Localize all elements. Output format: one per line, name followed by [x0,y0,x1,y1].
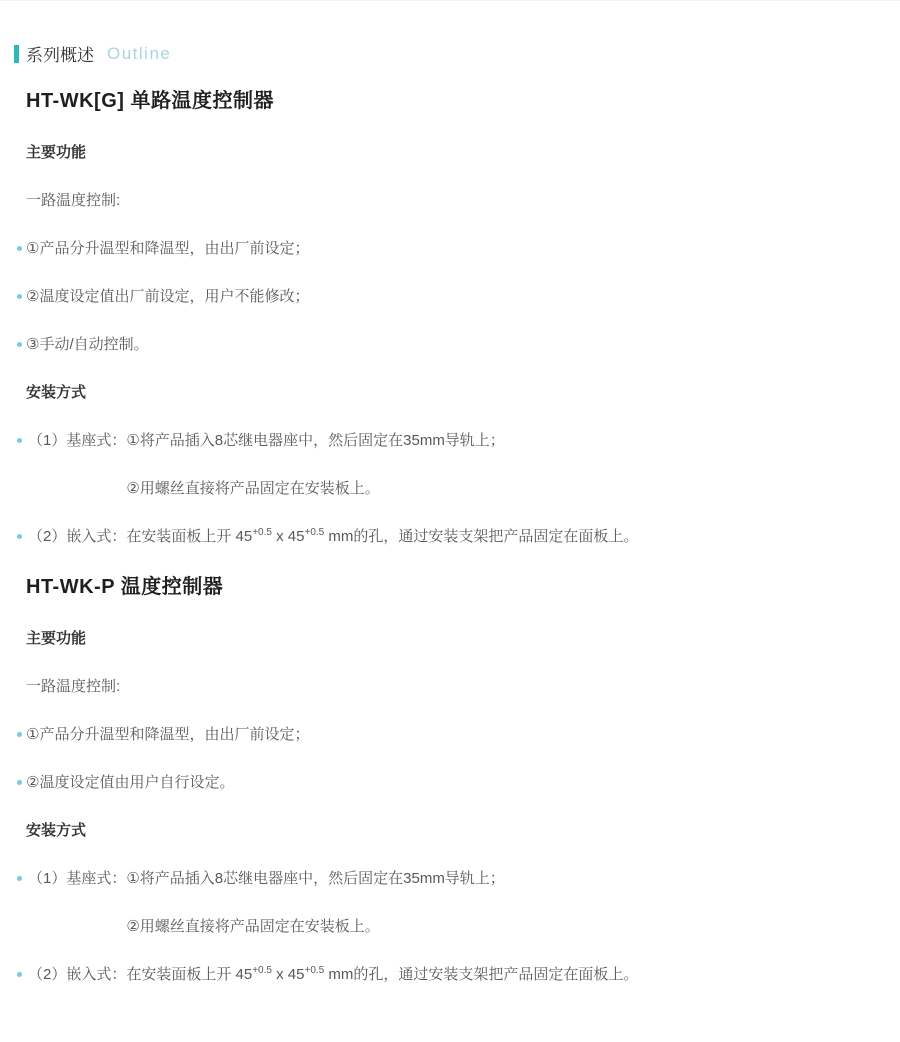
install-item-flush: （2）嵌入式： 在安装面板上开 45+0.5 x 45+0.5 mm的孔，通过安… [26,526,870,548]
feature-item: ②温度设定值由用户自行设定。 [26,772,870,794]
install-list: （1）基座式： ①将产品插入8芯继电器座中，然后固定在35mm导轨上； ②用螺丝… [26,868,870,986]
product-heading-htwkp: HT-WK-P 温度控制器 [26,574,870,600]
feature-text: ①产品分升温型和降温型，由出厂前设定； [26,240,309,257]
install-text: ②用螺丝直接将产品固定在安装板上。 [126,478,504,500]
install-content: ①将产品插入8芯继电器座中，然后固定在35mm导轨上； ②用螺丝直接将产品固定在… [126,430,504,500]
install-text: ①将产品插入8芯继电器座中，然后固定在35mm导轨上； [126,868,504,890]
section-header: 系列概述 Outline [14,41,870,66]
dimension-superscript: +0.5 [252,965,272,976]
bullet-dot-icon [17,972,22,977]
features-intro: 一路温度控制: [26,190,870,212]
feature-item: ②温度设定值出厂前设定，用户不能修改； [26,286,870,308]
install-item-flush: （2）嵌入式： 在安装面板上开 45+0.5 x 45+0.5 mm的孔，通过安… [26,964,870,986]
feature-list: ①产品分升温型和降温型，由出厂前设定； ②温度设定值由用户自行设定。 [26,724,870,794]
feature-text: ③手动/自动控制。 [26,336,149,353]
feature-item: ①产品分升温型和降温型，由出厂前设定； [26,238,870,260]
dimension-text: mm的孔，通过安装支架把产品固定在面板上。 [324,966,638,983]
install-text: 在安装面板上开 45+0.5 x 45+0.5 mm的孔，通过安装支架把产品固定… [126,526,638,548]
install-list: （1）基座式： ①将产品插入8芯继电器座中，然后固定在35mm导轨上； ②用螺丝… [26,430,870,548]
bullet-dot-icon [17,246,22,251]
dimension-superscript: +0.5 [252,527,272,538]
dimension-text: mm的孔，通过安装支架把产品固定在面板上。 [324,528,638,545]
bullet-dot-icon [17,780,22,785]
install-content: ①将产品插入8芯继电器座中，然后固定在35mm导轨上； ②用螺丝直接将产品固定在… [126,868,504,938]
install-label: （2）嵌入式： [28,964,126,986]
section-title-zh: 系列概述 [26,41,94,66]
install-content: 在安装面板上开 45+0.5 x 45+0.5 mm的孔，通过安装支架把产品固定… [126,964,638,986]
document-page: 系列概述 Outline HT-WK[G] 单路温度控制器 主要功能 一路温度控… [0,0,900,1042]
feature-item: ③手动/自动控制。 [26,334,870,356]
bullet-dot-icon [17,876,22,881]
feature-list: ①产品分升温型和降温型，由出厂前设定； ②温度设定值出厂前设定，用户不能修改； … [26,238,870,356]
accent-bar [14,45,19,63]
feature-text: ②温度设定值出厂前设定，用户不能修改； [26,288,309,305]
install-title: 安装方式 [26,382,870,404]
install-item-base: （1）基座式： ①将产品插入8芯继电器座中，然后固定在35mm导轨上； ②用螺丝… [26,868,870,938]
dimension-text: x 45 [272,528,305,545]
dimension-text: x 45 [272,966,305,983]
install-text: ②用螺丝直接将产品固定在安装板上。 [126,916,504,938]
bullet-dot-icon [17,438,22,443]
feature-item: ①产品分升温型和降温型，由出厂前设定； [26,724,870,746]
install-title: 安装方式 [26,820,870,842]
install-content: 在安装面板上开 45+0.5 x 45+0.5 mm的孔，通过安装支架把产品固定… [126,526,638,548]
features-intro: 一路温度控制: [26,676,870,698]
bullet-dot-icon [17,534,22,539]
install-text: 在安装面板上开 45+0.5 x 45+0.5 mm的孔，通过安装支架把产品固定… [126,964,638,986]
install-text: ①将产品插入8芯继电器座中，然后固定在35mm导轨上； [126,430,504,452]
dimension-superscript: +0.5 [304,965,324,976]
bullet-dot-icon [17,294,22,299]
dimension-text: 在安装面板上开 45 [126,966,252,983]
features-title: 主要功能 [26,628,870,650]
features-title: 主要功能 [26,142,870,164]
dimension-text: 在安装面板上开 45 [126,528,252,545]
install-label: （1）基座式： [28,430,126,452]
bullet-dot-icon [17,342,22,347]
feature-text: ①产品分升温型和降温型，由出厂前设定； [26,726,309,743]
install-label: （2）嵌入式： [28,526,126,548]
section-title-en: Outline [107,44,171,64]
dimension-superscript: +0.5 [304,527,324,538]
bullet-dot-icon [17,732,22,737]
feature-text: ②温度设定值由用户自行设定。 [26,774,234,791]
install-label: （1）基座式： [28,868,126,890]
product-heading-htwkg: HT-WK[G] 单路温度控制器 [26,88,870,114]
install-item-base: （1）基座式： ①将产品插入8芯继电器座中，然后固定在35mm导轨上； ②用螺丝… [26,430,870,500]
